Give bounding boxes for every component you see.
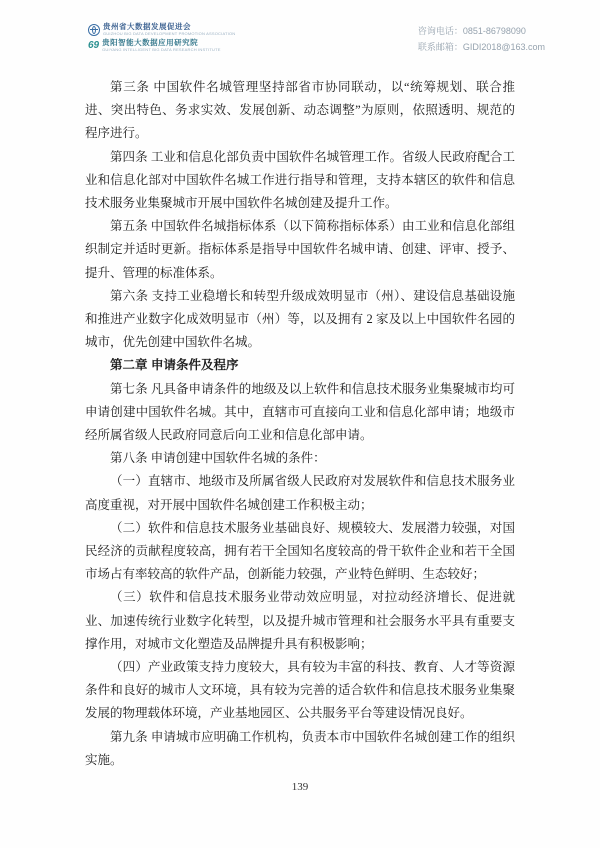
- page-number: 139: [0, 781, 600, 793]
- page-header: 贵州省大数据发展促进会 GUIZHOU BIG DATA DEVELOPMENT…: [88, 23, 545, 55]
- org2-name: 贵阳智能大数据应用研究院: [102, 39, 220, 47]
- paragraph: 第九条 申请城市应明确工作机构，负责本市中国软件名城创建工作的组织实施。: [85, 726, 515, 772]
- chapter-heading: 第二章 申请条件及程序: [85, 354, 515, 377]
- paragraph: （三）软件和信息技术服务业带动效应明显，对拉动经济增长、促进就业、加速传统行业数…: [85, 586, 515, 656]
- globe-emblem-icon: [88, 24, 100, 36]
- org1-logo-row: 贵州省大数据发展促进会 GUIZHOU BIG DATA DEVELOPMENT…: [88, 23, 235, 36]
- paragraph: 第五条 中国软件名城指标体系（以下简称指标体系）由工业和信息化部组织制定并适时更…: [85, 215, 515, 285]
- paragraph: （四）产业政策支持力度较大，具有较为丰富的科技、教育、人才等资源条件和良好的城市…: [85, 656, 515, 726]
- org2-logo-row: 69 贵阳智能大数据应用研究院 GUIYANG INTELLIGENT BIG …: [88, 39, 235, 52]
- paragraph: 第八条 申请创建中国软件名城的条件：: [85, 447, 515, 470]
- paragraph: （二）软件和信息技术服务业基础良好、规模较大、发展潜力较强，对国民经济的贡献程度…: [85, 517, 515, 587]
- document-body: 第三条 中国软件名城管理坚持部省市协同联动，以“统筹规划、联合推进、突出特色、务…: [85, 76, 515, 772]
- document-page: 贵州省大数据发展促进会 GUIZHOU BIG DATA DEVELOPMENT…: [0, 0, 600, 848]
- paragraph: 第四条 工业和信息化部负责中国软件名城管理工作。省级人民政府配合工业和信息化部对…: [85, 146, 515, 216]
- logo-block: 贵州省大数据发展促进会 GUIZHOU BIG DATA DEVELOPMENT…: [88, 23, 235, 52]
- gidi-logo-icon: 69: [88, 40, 99, 52]
- paragraph: （一）直辖市、地级市及所属省级人民政府对发展软件和信息技术服务业高度重视，对开展…: [85, 470, 515, 516]
- contact-info: 咨询电话：0851-86798090 联系邮箱：GIDI2018@163.com: [418, 23, 545, 55]
- paragraph: 第三条 中国软件名城管理坚持部省市协同联动，以“统筹规划、联合推进、突出特色、务…: [85, 76, 515, 146]
- paragraph: 第七条 凡具备申请条件的地级及以上软件和信息技术服务业集聚城市均可申请创建中国软…: [85, 378, 515, 448]
- contact-phone: 咨询电话：0851-86798090: [418, 23, 545, 39]
- paragraph: 第六条 支持工业稳增长和转型升级成效明显市（州）、建设信息基础设施和推进产业数字…: [85, 285, 515, 355]
- org1-subtitle: GUIZHOU BIG DATA DEVELOPMENT PROMOTION A…: [103, 31, 235, 36]
- contact-email: 联系邮箱：GIDI2018@163.com: [418, 39, 545, 55]
- org2-subtitle: GUIYANG INTELLIGENT BIG DATA RESEARCH IN…: [102, 47, 220, 52]
- org1-name: 贵州省大数据发展促进会: [103, 23, 235, 31]
